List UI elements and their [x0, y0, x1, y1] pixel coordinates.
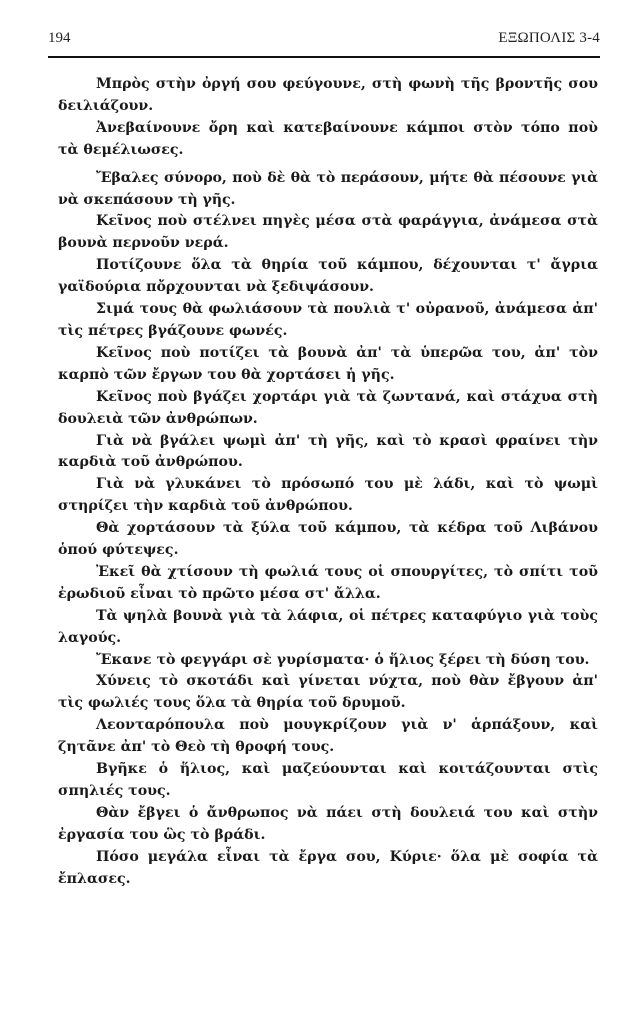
paragraph: Μπρὸς στὴν ὀργή σου φεύγουνε, στὴ φωνὴ τ… [58, 74, 598, 118]
paragraph: Λεονταρόπουλα ποὺ μουγκρίζουν γιὰ ν' ἁρπ… [58, 715, 598, 759]
paragraph: Κεῖνος ποὺ στέλνει πηγὲς μέσα στὰ φαράγγ… [58, 211, 598, 255]
page-header: 194 ΕΞΩΠΟΛΙΣ 3-4 [48, 30, 600, 50]
paragraph: Σιμά τους θὰ φωλιάσουν τὰ πουλιὰ τ' οὐρα… [58, 299, 598, 343]
body-text: Μπρὸς στὴν ὀργή σου φεύγουνε, στὴ φωνὴ τ… [58, 74, 598, 891]
paragraph: Ἀνεβαίνουνε ὄρη καὶ κατεβαίνουνε κάμποι … [58, 118, 598, 162]
paragraph: Κεῖνος ποὺ βγάζει χορτάρι γιὰ τὰ ζωντανά… [58, 387, 598, 431]
paragraph: Ποτίζουνε ὅλα τὰ θηρία τοῦ κάμπου, δέχου… [58, 255, 598, 299]
page-number: 194 [48, 30, 71, 47]
paragraph: Γιὰ νὰ γλυκάνει τὸ πρόσωπό του μὲ λάδι, … [58, 474, 598, 518]
paragraph: Θὰ χορτάσουν τὰ ξύλα τοῦ κάμπου, τὰ κέδρ… [58, 518, 598, 562]
running-title: ΕΞΩΠΟΛΙΣ 3-4 [498, 30, 600, 47]
paragraph: Θὰν ἔβγει ὁ ἄνθρωπος νὰ πάει στὴ δουλειά… [58, 803, 598, 847]
paragraph: Ἐκεῖ θὰ χτίσουν τὴ φωλιά τους οἱ σπουργί… [58, 562, 598, 606]
paragraph: Ἔκανε τὸ φεγγάρι σὲ γυρίσματα· ὁ ἥλιος ξ… [58, 650, 598, 672]
header-rule [48, 56, 600, 58]
paragraph: Ἔβαλες σύνορο, ποὺ δὲ θὰ τὸ περάσουν, μή… [58, 168, 598, 212]
paragraph: Βγῆκε ὁ ἥλιος, καὶ μαζεύουνται καὶ κοιτά… [58, 759, 598, 803]
paragraph: Πόσο μεγάλα εἶναι τὰ ἔργα σου, Κύριε· ὅλ… [58, 847, 598, 891]
paragraph: Γιὰ νὰ βγάλει ψωμὶ ἀπ' τὴ γῆς, καὶ τὸ κρ… [58, 431, 598, 475]
paragraph: Χύνεις τὸ σκοτάδι καὶ γίνεται νύχτα, ποὺ… [58, 671, 598, 715]
paragraph: Τὰ ψηλὰ βουνὰ γιὰ τὰ λάφια, οἱ πέτρες κα… [58, 606, 598, 650]
paragraph: Κεῖνος ποὺ ποτίζει τὰ βουνὰ ἀπ' τὰ ὑπερῶ… [58, 343, 598, 387]
